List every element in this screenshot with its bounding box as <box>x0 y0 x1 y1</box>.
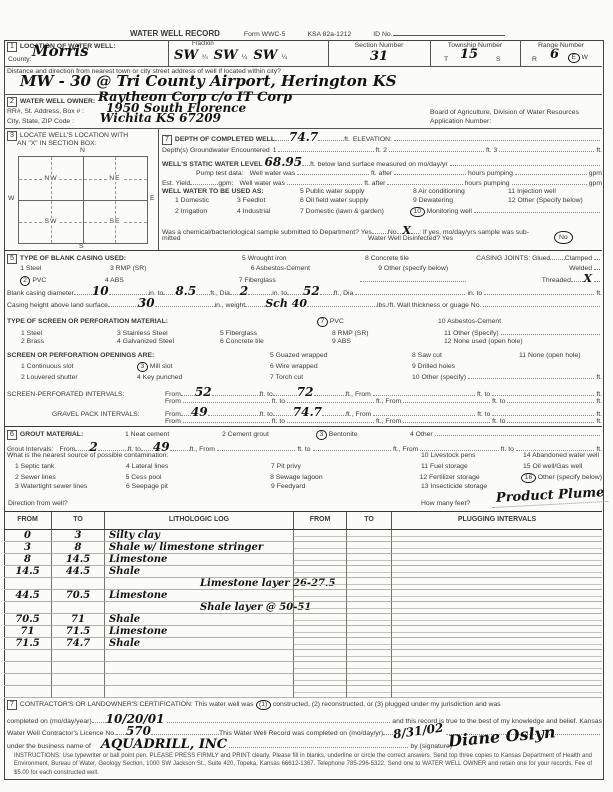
leader <box>515 168 587 175</box>
leader <box>116 728 126 735</box>
est-yield-label: Est. Yield <box>162 180 190 188</box>
use-option: 3 Feedlot <box>237 197 300 205</box>
leader <box>474 206 600 213</box>
fraction-1: SW <box>174 49 198 62</box>
ft-label: ft. <box>596 374 602 382</box>
contamination-option: 3 Watertight sewer lines <box>15 483 126 491</box>
section6-number: 6 <box>7 430 17 440</box>
ft-to-label: ft. to <box>492 418 505 426</box>
contamination-option: 14 Abandoned water well <box>523 452 599 460</box>
opening-option: 7 Torch cut <box>270 374 412 382</box>
plug-from <box>294 674 347 686</box>
log-lithology <box>105 662 294 674</box>
gpm-label: gpm <box>589 180 602 188</box>
ft-label: ft. <box>344 136 350 144</box>
leader <box>287 396 374 403</box>
plug-interval <box>392 602 602 614</box>
range-west: W <box>582 54 588 61</box>
gw-ft: ft. <box>596 147 602 155</box>
leader <box>287 416 374 423</box>
city-value: Wichita KS 67209 <box>100 112 221 124</box>
screen-option: 2 Brass <box>21 338 117 346</box>
compass-north: N <box>80 147 85 155</box>
screen-material-title: TYPE OF SCREEN OR PERFORATION MATERIAL: <box>7 318 317 326</box>
log-lithology-note: Shale layer @ 50-51 <box>105 602 294 614</box>
plug-from <box>294 554 347 566</box>
leader <box>248 288 272 295</box>
threaded-x-mark: X <box>583 273 592 284</box>
use-label: WELL WATER TO BE USED AS: <box>162 188 300 196</box>
plug-interval <box>392 662 602 674</box>
form-title: WATER WELL RECORD <box>130 29 220 38</box>
fraction-2: SW <box>214 49 238 62</box>
other-specify-blank <box>360 275 466 282</box>
certification-line-1: 7 CONTRACTOR'S OR LANDOWNER'S CERTIFICAT… <box>7 700 602 710</box>
log-to: 8 <box>52 542 105 554</box>
log-from <box>4 602 52 614</box>
log-from: 3 <box>4 542 52 554</box>
leader <box>403 416 490 423</box>
contamination-option: 1 Septic tank <box>15 463 126 471</box>
leader <box>245 300 265 307</box>
plug-from <box>294 614 347 626</box>
quarter-mark: ¼ <box>202 54 208 62</box>
contamination-option: 2 Sewer lines <box>15 474 126 482</box>
use-option: 9 Dewatering <box>413 197 508 205</box>
business-name-label: under the business name of <box>7 743 91 751</box>
leader <box>273 409 293 416</box>
log-to <box>52 662 105 674</box>
est-yield-line: Est. Yield gpm: Well water was ft. after… <box>162 178 602 188</box>
form-header: WATER WELL RECORD Form WWC-5 KSA 82a-121… <box>130 28 505 39</box>
use-row-2: 2 Irrigation 4 Industrial 7 Domestic (la… <box>162 206 602 217</box>
log-to: 71 <box>52 614 105 626</box>
leader <box>302 159 310 166</box>
screen-option: 12 None used (open hole) <box>444 338 523 346</box>
gw-ft2: ft. 2 <box>376 147 387 155</box>
leader <box>167 716 391 723</box>
grout-option: 1 Neat cement <box>125 431 222 439</box>
log-lithology <box>105 686 294 698</box>
plug-from <box>294 590 347 602</box>
leader <box>196 288 210 295</box>
disinfected-no-circled: No <box>554 231 573 244</box>
leader <box>435 429 600 436</box>
id-no-blank <box>393 28 505 36</box>
opening-option: 2 Louvered shutter <box>21 374 137 382</box>
plug-to <box>347 566 392 578</box>
address-label: RR#, St. Address, Box # : <box>7 108 84 116</box>
water-well-record-scan: WATER WELL RECORD Form WWC-5 KSA 82a-121… <box>0 0 613 792</box>
grout-row: 6GROUT MATERIAL: 1 Neat cement 2 Cement … <box>7 429 602 440</box>
ft-after: ft. after <box>371 170 392 178</box>
col-header-from: FROM <box>4 512 52 529</box>
leader <box>507 416 594 423</box>
contamination-option: 12 Fertilizer storage <box>420 474 522 482</box>
business-name-value: AQUADRILL, INC <box>101 738 227 751</box>
leader <box>181 409 191 416</box>
leader <box>507 396 594 403</box>
leader <box>92 716 106 723</box>
use-row-0: WELL WATER TO BE USED AS: 5 Public water… <box>162 188 602 196</box>
plug-interval <box>392 638 602 650</box>
hours-pumping: hours pumping <box>465 180 510 188</box>
ft-after: ft. after <box>364 180 385 188</box>
township-t: T <box>444 56 448 64</box>
leader <box>141 444 153 451</box>
plug-interval <box>392 578 602 590</box>
leader <box>230 288 240 295</box>
section-box-hline <box>19 200 147 201</box>
casing-title: TYPE OF BLANK CASING USED: <box>20 255 126 262</box>
section-box-dash <box>51 157 52 243</box>
groundwater-label: Depth(s) Groundwater Encountered <box>162 147 270 155</box>
contamination-row-2: 2 Sewer lines 5 Cess pool 8 Sewage lagoo… <box>7 473 602 483</box>
instructions-text: INSTRUCTIONS: Use typewriter or ball poi… <box>14 752 592 777</box>
use-option: 5 Public water supply <box>300 188 413 196</box>
grout-option: 4 Other <box>410 431 433 439</box>
grout-option: 2 Cement grout <box>222 431 316 439</box>
leader <box>229 741 408 748</box>
use-option: 4 Industrial <box>237 208 300 216</box>
use-option-monitoring: Monitoring well <box>427 208 472 216</box>
gw-ft3: ft. 3 <box>486 147 497 155</box>
contamination-question: What is the nearest source of possible c… <box>7 452 421 460</box>
leader <box>411 227 419 234</box>
openings-row-0: SCREEN OR PERFORATION OPENINGS ARE: 5 Gu… <box>7 352 602 360</box>
log-from <box>4 662 52 674</box>
casing-option: 9 Other (specify below) <box>378 265 493 273</box>
log-from: 71 <box>4 626 52 638</box>
casing-option: 3 RMP (SR) <box>110 265 251 273</box>
range-value: 6 <box>550 48 559 61</box>
depth-value: 74.7 <box>289 131 318 143</box>
plug-interval <box>392 614 602 626</box>
direction-from-well-label: Direction from well? <box>8 500 68 508</box>
plug-from <box>294 530 347 542</box>
log-from: 8 <box>4 554 52 566</box>
opening-option: 1 Continuous slot <box>21 363 137 371</box>
disinfected-question: Water Well Disinfected? Yes <box>368 235 453 243</box>
log-lithology: Silty clay <box>105 530 294 542</box>
township-s: S <box>496 56 501 64</box>
section3-title-line1: LOCATE WELL'S LOCATION WITH <box>20 132 128 140</box>
ft-to-label: ft. to <box>492 398 505 406</box>
opening-option: 10 Other (specify) <box>412 374 466 382</box>
leader <box>483 300 600 307</box>
plug-to <box>347 530 392 542</box>
plug-from <box>294 602 347 614</box>
leader <box>190 178 218 185</box>
col-header-plugging-intervals: PLUGGING INTERVALS <box>392 512 602 529</box>
quadrant-se: SE <box>107 218 122 226</box>
use-option: 7 Domestic (lawn & garden) <box>300 208 410 216</box>
leader <box>183 396 270 403</box>
log-to <box>52 674 105 686</box>
plug-interval <box>392 590 602 602</box>
weight-label: in., weight <box>215 302 246 310</box>
plug-from <box>294 566 347 578</box>
contamination-row-1: 1 Septic tank 4 Lateral lines 7 Pit priv… <box>7 463 602 471</box>
depth-line: 7 DEPTH OF COMPLETED WELL 74.7 ft. ELEVA… <box>162 131 602 145</box>
leader <box>181 389 195 396</box>
plug-to <box>347 626 392 638</box>
section4-number: 7 <box>162 135 172 145</box>
divider <box>4 66 602 67</box>
gpm-label: gpm <box>589 170 602 178</box>
plug-interval <box>392 566 602 578</box>
openings-row-1: 1 Continuous slot 3Mill slot 6 Wire wrap… <box>7 362 602 372</box>
fraction-3: SW <box>253 49 277 62</box>
section1-number: 1 <box>7 42 17 52</box>
leader <box>512 178 587 185</box>
from-label: From <box>165 398 181 406</box>
leader <box>550 253 565 260</box>
quadrant-nw: NW <box>42 175 59 183</box>
depth-label: DEPTH OF COMPLETED WELL <box>175 136 275 144</box>
range-east-circled: E <box>568 53 580 63</box>
plug-interval <box>392 530 602 542</box>
divider <box>4 94 602 95</box>
ft-to-label: ft. to <box>272 418 285 426</box>
divider <box>4 426 602 427</box>
hours-pumping: hours pumping <box>468 170 513 178</box>
log-to: 70.5 <box>52 590 105 602</box>
log-to <box>52 578 105 590</box>
casing-option: 8 Concrete tile <box>365 255 476 263</box>
log-from <box>4 686 52 698</box>
log-to <box>52 686 105 698</box>
gpm-colon: gpm: <box>218 180 233 188</box>
certification-line-2: completed on (mo/day/year) 10/20/01 and … <box>7 713 602 726</box>
screen-option: 5 Fiberglass <box>220 330 332 338</box>
use-option: 8 Air conditioning <box>413 188 508 196</box>
leader <box>109 288 149 295</box>
quadrant-sw: SW <box>43 218 60 226</box>
range-label: Range Number <box>520 42 602 50</box>
opening-option: 6 Wire wrapped <box>270 363 412 371</box>
leader <box>594 253 600 260</box>
use-option: 11 Injection well <box>508 188 556 196</box>
wall-thickness-label: lbs./ft. Wall thickness or guage No. <box>377 302 481 310</box>
use-option-monitoring-circled: 10 <box>410 207 425 217</box>
compass-west: W <box>8 195 14 203</box>
screen-option: 8 RMP (SR) <box>332 330 444 338</box>
township-value: 15 <box>460 48 478 61</box>
leader <box>499 145 594 152</box>
diameter-value-3: 2 <box>240 285 248 297</box>
constructed-circled: (1) <box>256 700 271 710</box>
leader <box>492 409 594 416</box>
leader <box>217 444 295 451</box>
contamination-option: 9 Feedyard <box>271 483 421 491</box>
section2-number: 2 <box>7 97 17 107</box>
log-to: 3 <box>52 530 105 542</box>
opening-option: 4 Key punched <box>137 374 270 382</box>
county-label: County: <box>8 56 31 64</box>
contamination-option: 7 Pit privy <box>271 463 421 471</box>
record-completed-label: This Water Well Record was completed on … <box>219 730 383 738</box>
leader <box>98 444 128 451</box>
casing-option: 1 Steel <box>20 265 110 273</box>
leader <box>594 275 600 282</box>
how-many-feet-label: How many feet? <box>421 500 470 508</box>
plug-interval <box>392 674 602 686</box>
use-option: 6 Oil field water supply <box>300 197 413 205</box>
leader <box>468 372 594 379</box>
plug-to <box>347 554 392 566</box>
use-option: 12 Other (Specify below) <box>508 197 583 205</box>
screen-option: 9 ABS <box>332 338 444 346</box>
leader <box>322 409 346 416</box>
plug-to <box>347 614 392 626</box>
plug-from <box>294 638 347 650</box>
opening-option-mill-slot: Mill slot <box>150 363 173 370</box>
leader <box>492 389 594 396</box>
leader <box>420 444 498 451</box>
divider <box>4 128 602 129</box>
elevation-label: ELEVATION: <box>353 136 392 144</box>
by-signature-label: by (signature) <box>410 743 452 751</box>
screen-option: 4 Galvanized Steel <box>117 338 220 346</box>
contamination-option: 5 Cess pool <box>126 474 271 482</box>
contamination-option: 4 Lateral lines <box>126 463 271 471</box>
screen-material-row-1: 1 Steel 3 Stainless Steel 5 Fiberglass 8… <box>7 328 602 338</box>
range-ew: EW <box>568 53 588 63</box>
ft-to-label: ft. to <box>272 398 285 406</box>
plug-to <box>347 674 392 686</box>
gw-1: 1 <box>273 147 277 155</box>
plug-to <box>347 602 392 614</box>
plug-from <box>294 626 347 638</box>
leader <box>372 227 388 234</box>
col-header-to: TO <box>347 512 392 529</box>
casing-joints-clamped: Clamped <box>565 255 592 263</box>
log-lithology: Shale w/ limestone stringer <box>105 542 294 554</box>
license-label: Water Well Contractor's Licence No. <box>7 730 116 738</box>
section-number-value: 31 <box>328 50 430 63</box>
range-r: R <box>532 56 537 64</box>
ft-from-label: ft., From <box>376 418 401 426</box>
use-row-1: 1 Domestic 3 Feedlot 6 Oil field water s… <box>162 197 602 205</box>
section7-number: 7 <box>7 700 17 710</box>
contamination-option: 15 Oil well/Gas well <box>523 463 582 471</box>
id-no-label: ID No. <box>373 31 392 39</box>
contamination-row-0: What is the nearest source of possible c… <box>7 452 602 460</box>
col-header-lithologic-log: LITHOLOGIC LOG <box>105 512 294 529</box>
log-from <box>4 578 52 590</box>
casing-diameter-line: Blank casing diameter 10 in. to 8.5 ft.,… <box>7 285 602 298</box>
board-label: Board of Agriculture, Division of Water … <box>430 109 579 117</box>
plug-from <box>294 542 347 554</box>
use-option: 2 Irrigation <box>175 208 237 216</box>
well-water-was: Well water was <box>239 180 285 188</box>
pump-test-label: Pump test data: <box>196 170 244 178</box>
plug-to <box>347 578 392 590</box>
quarter-mark: ¼ <box>242 54 248 62</box>
casing-height-line: Casing height above land surface 30 in.,… <box>7 297 602 310</box>
leader <box>403 396 490 403</box>
use-option: 1 Domestic <box>175 197 237 205</box>
leader <box>170 444 190 451</box>
static-level-value: 68.95 <box>265 156 303 168</box>
leader <box>287 178 362 185</box>
grout-title: GROUT MATERIAL: <box>20 431 83 438</box>
ksa-number: KSA 82a-1212 <box>307 31 351 39</box>
owner-label: WATER WELL OWNER: <box>20 98 95 106</box>
log-table-body: 03Silty clay 38Shale w/ limestone string… <box>4 530 602 698</box>
screen-option: 11 Other (Specify) <box>444 330 499 338</box>
plug-to <box>347 686 392 698</box>
casing-joints-label: CASING JOINTS: Glued <box>476 255 550 263</box>
divider <box>168 40 169 66</box>
compass-east: E <box>150 195 155 203</box>
contamination-option: 6 Seepage pit <box>126 483 271 491</box>
section3-number: 3 <box>7 131 17 141</box>
leader <box>450 159 600 166</box>
leader <box>183 416 270 423</box>
chem-mitted: mitted <box>162 235 181 243</box>
plug-to <box>347 662 392 674</box>
application-number-label: Application Number: <box>430 118 491 126</box>
leader <box>208 409 260 416</box>
plug-from <box>294 578 347 590</box>
log-to: 74.7 <box>52 638 105 650</box>
pump-test-line: Pump test data: Well water was ft. after… <box>196 168 602 178</box>
casing-joints-threaded: Threaded <box>542 277 571 285</box>
log-to: 71.5 <box>52 626 105 638</box>
diameter-value-2: 8.5 <box>175 285 196 297</box>
quadrant-ne: NE <box>107 175 122 183</box>
log-from: 14.5 <box>4 566 52 578</box>
leader <box>484 288 594 295</box>
leader <box>155 300 215 307</box>
leader <box>387 178 462 185</box>
leader <box>594 263 600 270</box>
col-header-to: TO <box>52 512 105 529</box>
log-table-header: FROM TO LITHOLOGIC LOG FROM TO PLUGGING … <box>4 512 602 530</box>
leader <box>314 389 346 396</box>
log-lithology-note: Limestone layer 26-27.5 <box>105 578 294 590</box>
plug-from <box>294 650 347 662</box>
col-header-from: FROM <box>294 512 347 529</box>
screen-material-row-0: TYPE OF SCREEN OR PERFORATION MATERIAL: … <box>7 317 602 327</box>
divider <box>158 128 159 250</box>
static-level-line: WELL'S STATIC WATER LEVEL 68.95 ft. belo… <box>162 156 602 169</box>
plug-interval <box>392 542 602 554</box>
leader <box>516 444 594 451</box>
contamination-option: 10 Livestock pens <box>421 452 523 460</box>
leader <box>74 288 92 295</box>
leader <box>320 288 334 295</box>
casing-height-label: Casing height above land surface <box>7 302 108 310</box>
leader <box>501 328 600 335</box>
openings-row-2: 2 Louvered shutter 4 Key punched 7 Torch… <box>7 372 602 382</box>
casing-option: 6 Asbestos-Cement <box>251 265 379 273</box>
compass-south: S <box>79 243 84 251</box>
leader <box>212 389 260 396</box>
diameter-value-4: 52 <box>303 285 320 297</box>
contamination-option: 11 Fuel storage <box>421 463 523 471</box>
leader <box>394 134 600 141</box>
leader <box>287 288 303 295</box>
certification-pre: CONTRACTOR'S OR LANDOWNER'S CERTIFICATIO… <box>20 701 254 709</box>
log-lithology <box>105 674 294 686</box>
log-from <box>4 650 52 662</box>
quarter-mark: ¼ <box>281 54 287 62</box>
log-from: 44.5 <box>4 590 52 602</box>
ft-label: ft. <box>596 418 602 426</box>
